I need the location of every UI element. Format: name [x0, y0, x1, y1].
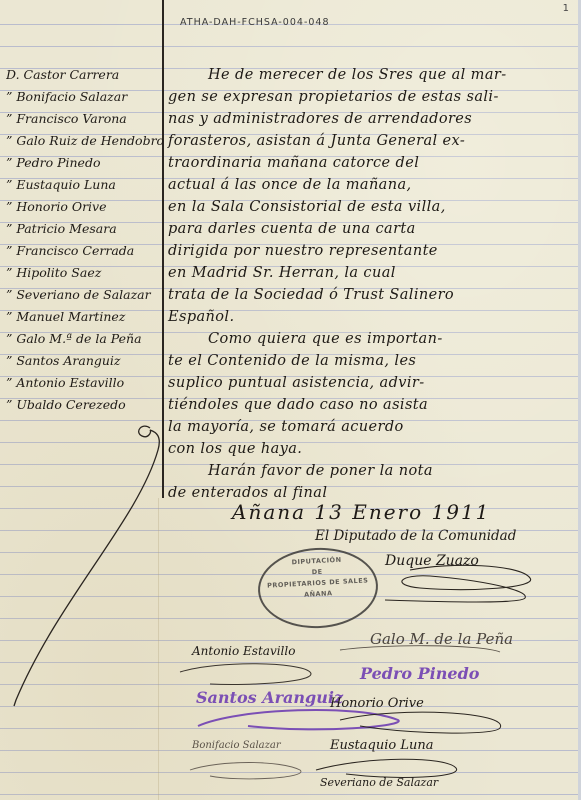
letter-page: ATHA-DAH-FCHSA-004-048 1 D. Castor Carre…: [0, 0, 581, 800]
signature-flourishes: [0, 0, 581, 800]
